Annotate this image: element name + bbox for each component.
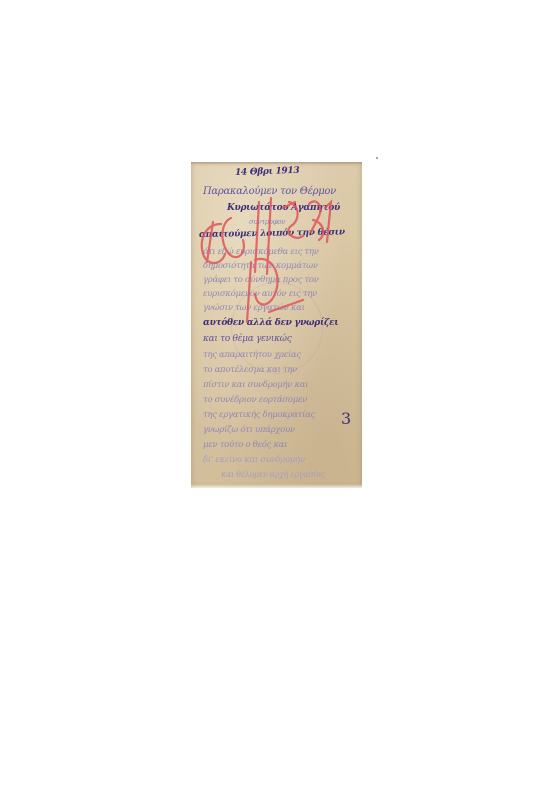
handwritten-line: και θέλομεν αρχή εργασίας — [221, 470, 326, 479]
handwritten-line: το αποτέλεσμα και την — [203, 365, 297, 375]
handwritten-line: Παρακαλούμεν τον Θέρμον — [203, 186, 336, 197]
handwritten-line: της απαραιτήτου χρείας — [203, 350, 301, 360]
handwritten-line: το συνέδριον εορτάσομεν — [203, 395, 307, 405]
handwritten-line: ευρισκόμενον αυτόν εις την — [203, 289, 317, 299]
handwritten-line: γνώσιν των εργατών και — [203, 303, 305, 313]
handwritten-line: μεν τούτο ο θεός και — [203, 440, 287, 450]
handwritten-line: αυτόθεν αλλά δεν γνωρίζει — [203, 318, 338, 328]
scan-page: 14 Θβρι 1913 Παρακαλούμεν τον Θέρμον Κυρ… — [0, 0, 549, 800]
handwritten-line: δημοσιότητα των κομμάτων — [203, 261, 318, 271]
letter-paper: 14 Θβρι 1913 Παρακαλούμεν τον Θέρμον Κυρ… — [191, 162, 362, 488]
handwritten-line: απαιτούμεν λοιπόν την θέσιν — [199, 227, 345, 240]
handwritten-line: της εργατικής δημοκρατίας — [203, 410, 315, 420]
page-number-mark: 3 — [341, 409, 351, 428]
scan-speck — [376, 157, 378, 159]
date-line: 14 Θβρι 1913 — [235, 166, 300, 178]
handwritten-line: και το θέμα γενικώς — [203, 334, 291, 344]
handwritten-line: δι' εκείνο και συνδρομήν — [203, 455, 305, 465]
handwritten-line: πίστιν και συνδρομήν και — [203, 380, 308, 390]
handwritten-line: συντροφον — [249, 218, 285, 226]
handwritten-line: γνωρίζω ότι υπάρχουν — [203, 425, 295, 435]
handwritten-line: γράφει το σύνθημα προς τον — [203, 275, 319, 285]
handwritten-line: ότι εδώ ευρισκόμεθα εις την — [203, 247, 319, 257]
handwritten-line: Κυριωτάτου Αγαπητού — [227, 203, 340, 213]
